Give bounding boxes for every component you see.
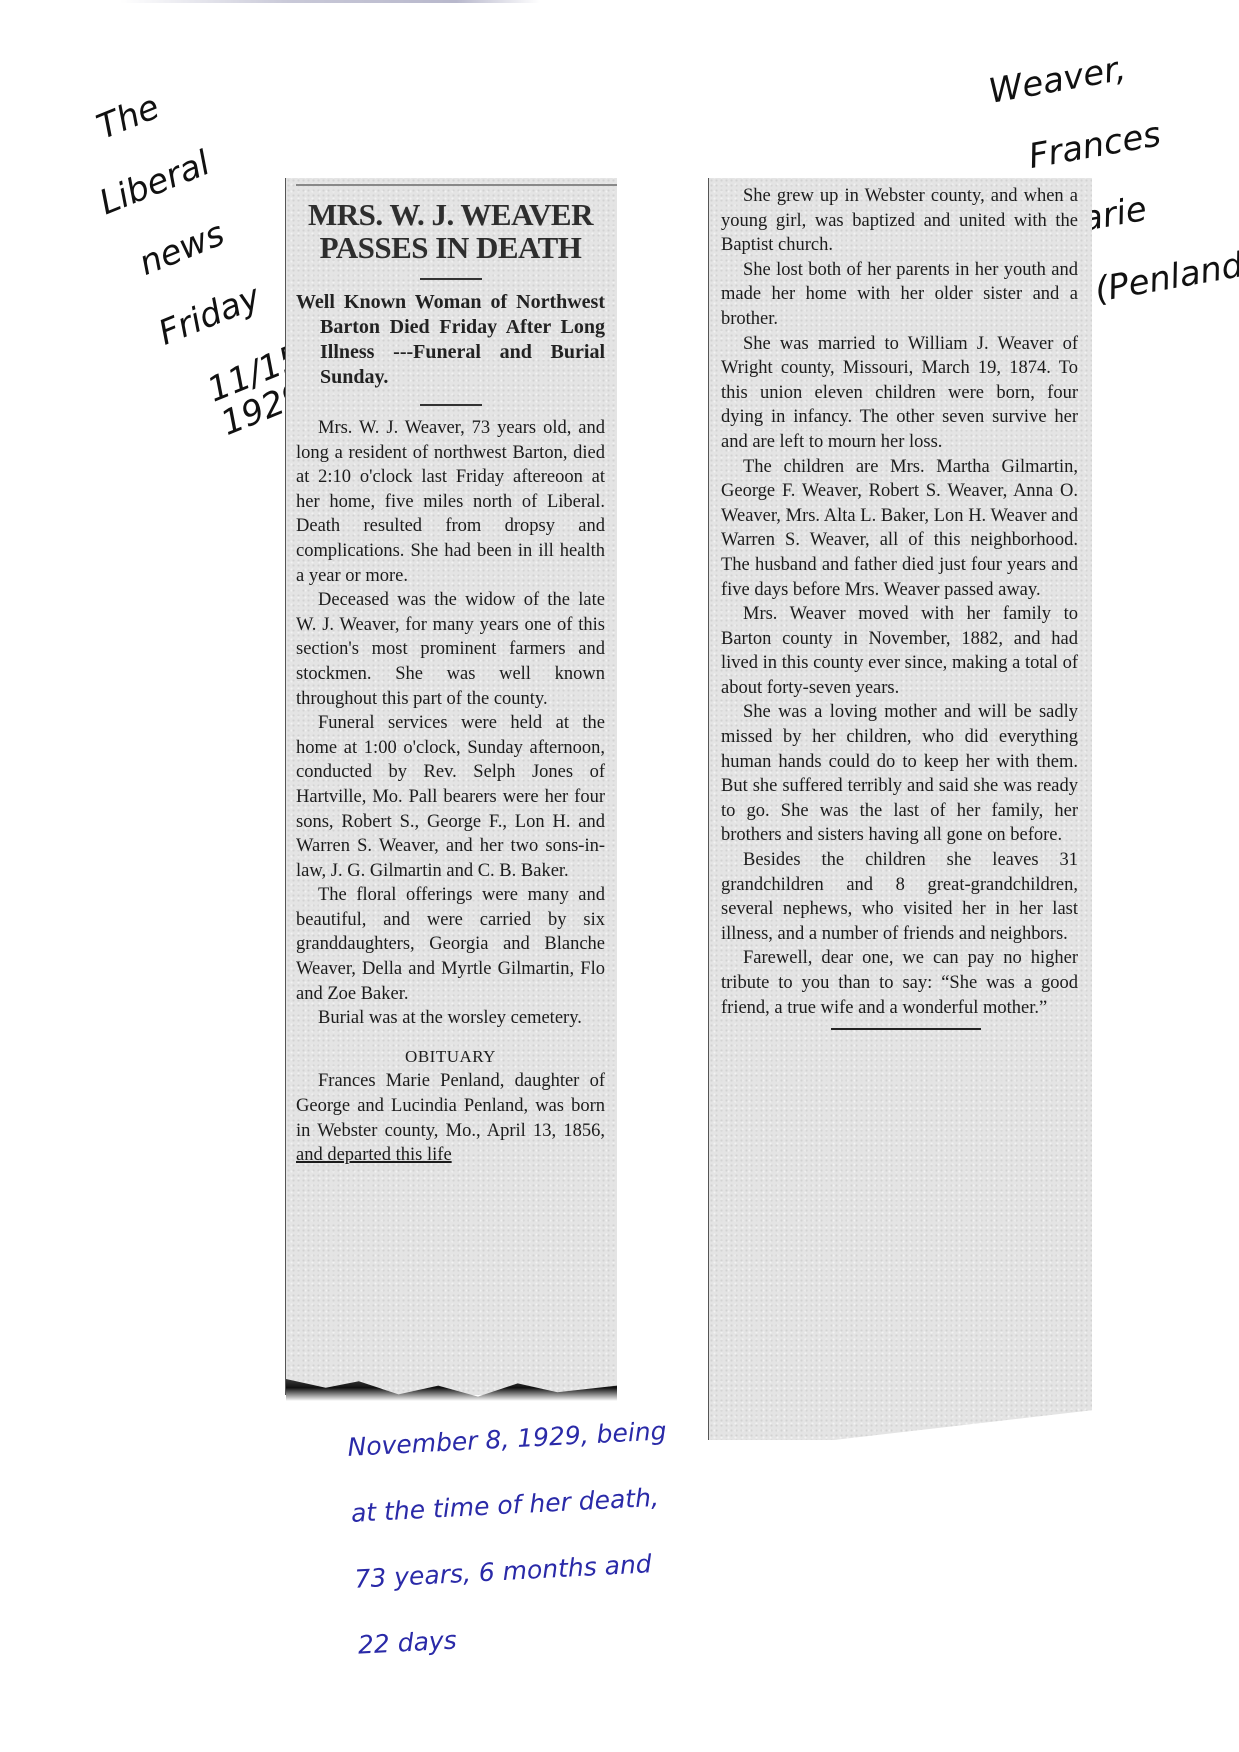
paragraph: Farewell, dear one, we can pay no higher… bbox=[721, 946, 1078, 1020]
paragraph: She was a loving mother and will be sadl… bbox=[721, 700, 1078, 848]
headline-line: PASSES IN DEATH bbox=[296, 231, 605, 264]
death-note-line: at the time of her death, bbox=[350, 1478, 711, 1530]
paragraph: Funeral services were held at the home a… bbox=[296, 711, 605, 883]
handwritten-death-note: November 8, 1929, being at the time of h… bbox=[345, 1379, 720, 1694]
paragraph: She was married to William J. Weaver of … bbox=[721, 332, 1078, 455]
paragraph: Burial was at the worsley cemetery. bbox=[296, 1006, 605, 1031]
paragraph: She grew up in Webster county, and when … bbox=[721, 184, 1078, 258]
death-note-line: 73 years, 6 months and bbox=[354, 1544, 715, 1596]
obituary-intro: Frances Marie Penland, daughter of Georg… bbox=[296, 1069, 605, 1167]
clipping-right-column: She grew up in Webster county, and when … bbox=[708, 178, 1092, 1440]
clipping-left-column: MRS. W. J. WEAVER PASSES IN DEATH Well K… bbox=[285, 178, 617, 1395]
death-note-line: November 8, 1929, being bbox=[347, 1412, 708, 1464]
paragraph: The floral offerings were many and beaut… bbox=[296, 883, 605, 1006]
paragraph: The children are Mrs. Martha Gilmartin, … bbox=[721, 455, 1078, 603]
divider bbox=[420, 278, 482, 280]
name-line: Frances bbox=[1026, 100, 1239, 175]
obituary-underlined: and departed this life bbox=[296, 1145, 452, 1165]
clipping-cut-edge bbox=[834, 1410, 1094, 1440]
obituary-heading: OBITUARY bbox=[296, 1045, 605, 1070]
paragraph: Mrs. W. J. Weaver, 73 years old, and lon… bbox=[296, 416, 605, 588]
headline-line: MRS. W. J. WEAVER bbox=[296, 198, 605, 231]
divider bbox=[420, 404, 482, 406]
name-line: (Penland) bbox=[1092, 241, 1239, 309]
obituary-intro-text: Frances Marie Penland, daughter of Georg… bbox=[296, 1071, 605, 1140]
scan-edge-artifact bbox=[120, 0, 540, 3]
paragraph: Deceased was the widow of the late W. J.… bbox=[296, 588, 605, 711]
paragraph: She lost both of her parents in her yout… bbox=[721, 258, 1078, 332]
paragraph: Mrs. Weaver moved with her family to Bar… bbox=[721, 602, 1078, 700]
paragraph: Besides the children she leaves 31 grand… bbox=[721, 848, 1078, 946]
headline: MRS. W. J. WEAVER PASSES IN DEATH bbox=[296, 198, 605, 264]
subheadline: Well Known Woman of Northwest Barton Die… bbox=[296, 290, 605, 390]
name-line: Weaver, bbox=[986, 30, 1239, 110]
end-rule bbox=[831, 1028, 981, 1030]
death-note-line: 22 days bbox=[357, 1610, 718, 1662]
